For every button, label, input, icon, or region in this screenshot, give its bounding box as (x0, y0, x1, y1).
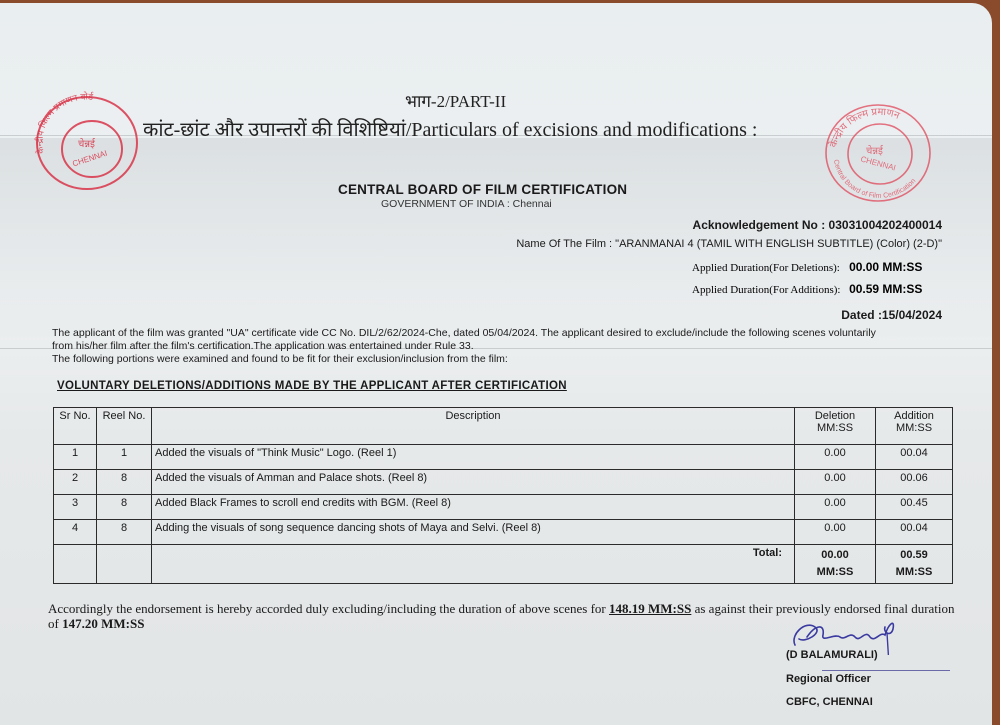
cell-description: Added the visuals of Amman and Palace sh… (152, 470, 795, 495)
left-seal-stamp-icon: केन्द्रीय फिल्म प्रमाणन बोर्ड चेन्नई CHE… (30, 91, 145, 196)
total-deletion: 00.00 MM:SS (795, 545, 876, 584)
cell-deletion: 0.00 (795, 445, 876, 470)
intro-paragraph: The applicant of the film was granted "U… (52, 327, 962, 366)
government-line: GOVERNMENT OF INDIA : Chennai (381, 198, 552, 210)
header-addition: Addition MM:SS (876, 408, 953, 445)
intro-line-2: from his/her film after the film's certi… (52, 340, 962, 353)
board-name: CENTRAL BOARD OF FILM CERTIFICATION (338, 182, 627, 197)
total-deletion-value: 00.00 (798, 547, 872, 564)
cell-reel: 8 (97, 495, 152, 520)
cell-sr: 3 (54, 495, 97, 520)
film-name: Name Of The Film : "ARANMANAI 4 (TAMIL W… (516, 238, 942, 250)
signatory-name: (D BALAMURALI) (786, 649, 878, 661)
section-heading: VOLUNTARY DELETIONS/ADDITIONS MADE BY TH… (57, 380, 567, 392)
endorsement-text-1: Accordingly the endorsement is hereby ac… (48, 601, 609, 616)
svg-text:CHENNAI: CHENNAI (860, 155, 897, 173)
modifications-table: Sr No. Reel No. Description Deletion MM:… (53, 407, 953, 584)
total-deletion-unit: MM:SS (798, 564, 872, 581)
header-deletion: Deletion MM:SS (795, 408, 876, 445)
cell-sr: 2 (54, 470, 97, 495)
total-label: Total: (152, 545, 795, 584)
dated: Dated :15/04/2024 (841, 308, 942, 322)
cell-addition: 00.45 (876, 495, 953, 520)
svg-text:चेन्नई: चेन्नई (78, 138, 96, 150)
additions-duration-value: 00.59 MM:SS (849, 282, 922, 296)
signatory-title: Regional Officer (786, 673, 871, 685)
signatory-office: CBFC, CHENNAI (786, 696, 873, 708)
cell-reel: 1 (97, 445, 152, 470)
cell-deletion: 0.00 (795, 520, 876, 545)
table-row: 4 8 Adding the visuals of song sequence … (54, 520, 953, 545)
cell-sr: 1 (54, 445, 97, 470)
header-reel-no: Reel No. (97, 408, 152, 445)
table-row: 2 8 Added the visuals of Amman and Palac… (54, 470, 953, 495)
table-row: 3 8 Added Black Frames to scroll end cre… (54, 495, 953, 520)
intro-line-3: The following portions were examined and… (52, 353, 962, 366)
svg-text:चेन्नई: चेन्नई (866, 145, 884, 157)
part-title: भाग-2/PART-II (405, 89, 506, 112)
cell-reel: 8 (97, 520, 152, 545)
right-seal-stamp-icon: केन्द्रीय फिल्म प्रमाणन Central Board of… (818, 98, 938, 208)
cell-description: Adding the visuals of song sequence danc… (152, 520, 795, 545)
cell-empty (97, 545, 152, 584)
acknowledgement-number: Acknowledgement No : 03031004202400014 (693, 218, 942, 232)
signature-underline (822, 670, 950, 671)
cell-description: Added the visuals of "Think Music" Logo.… (152, 445, 795, 470)
cell-description: Added Black Frames to scroll end credits… (152, 495, 795, 520)
table-row: 1 1 Added the visuals of "Think Music" L… (54, 445, 953, 470)
table-header-row: Sr No. Reel No. Description Deletion MM:… (54, 408, 953, 445)
document-page: केन्द्रीय फिल्म प्रमाणन बोर्ड चेन्नई CHE… (0, 3, 992, 725)
cell-deletion: 0.00 (795, 470, 876, 495)
cell-addition: 00.06 (876, 470, 953, 495)
additions-duration-row: Applied Duration(For Additions): 00.59 M… (692, 282, 922, 296)
cell-reel: 8 (97, 470, 152, 495)
cell-addition: 00.04 (876, 520, 953, 545)
table-total-row: Total: 00.00 MM:SS 00.59 MM:SS (54, 545, 953, 584)
intro-line-1: The applicant of the film was granted "U… (52, 327, 962, 340)
deletions-duration-row: Applied Duration(For Deletions): 00.00 M… (692, 260, 922, 274)
total-addition: 00.59 MM:SS (876, 545, 953, 584)
total-addition-unit: MM:SS (879, 564, 949, 581)
deletions-duration-label: Applied Duration(For Deletions): (692, 262, 840, 274)
svg-text:CHENNAI: CHENNAI (71, 149, 108, 169)
cell-empty (54, 545, 97, 584)
cell-deletion: 0.00 (795, 495, 876, 520)
header-description: Description (152, 408, 795, 445)
total-addition-value: 00.59 (879, 547, 949, 564)
additions-duration-label: Applied Duration(For Additions): (692, 284, 840, 296)
cell-sr: 4 (54, 520, 97, 545)
old-duration: 147.20 MM:SS (62, 616, 144, 631)
header-sr-no: Sr No. (54, 408, 97, 445)
part-subtitle: कांट-छांट और उपान्तरों की विशिष्टियां/Pa… (143, 115, 757, 142)
new-duration: 148.19 MM:SS (609, 601, 691, 616)
deletions-duration-value: 00.00 MM:SS (849, 260, 922, 274)
cell-addition: 00.04 (876, 445, 953, 470)
